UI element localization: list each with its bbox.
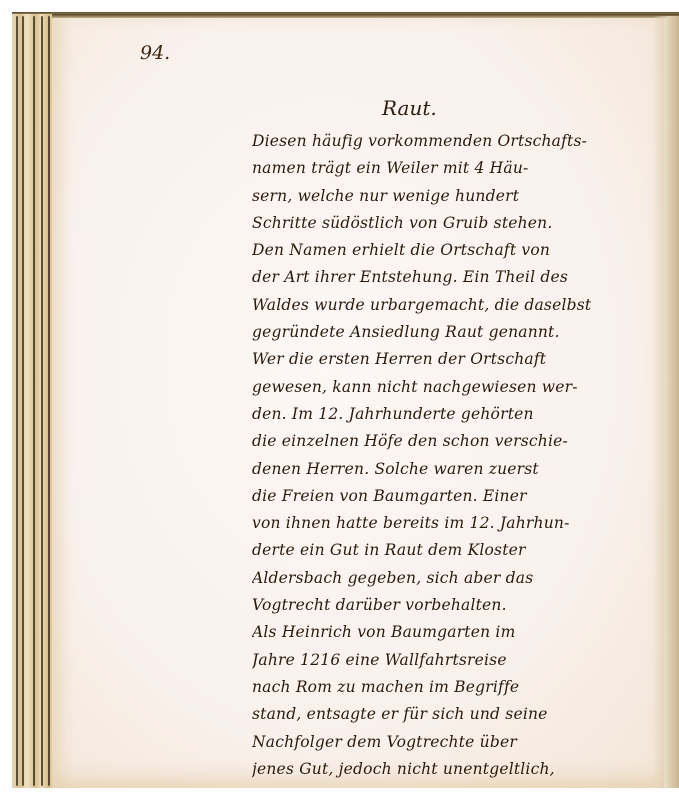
text-line: Aldersbach gegeben, sich aber das (252, 565, 660, 592)
text-line: Schritte südöstlich von Gruib stehen. (252, 210, 660, 237)
page-edge-line (22, 16, 24, 786)
text-line: Jahre 1216 eine Wallfahrtsreise (252, 647, 660, 674)
text-line: Als Heinrich von Baumgarten im (252, 619, 660, 646)
page-edge-line (41, 16, 43, 786)
text-line: Vogtrecht darüber vorbehalten. (252, 592, 660, 619)
page-number: 94. (140, 42, 170, 64)
text-line: Wer die ersten Herren der Ortschaft (252, 346, 660, 373)
handwritten-text-block: Diesen häufig vorkommenden Ortschafts- n… (252, 128, 660, 783)
text-line: Diesen häufig vorkommenden Ortschafts- (252, 128, 660, 155)
section-heading: Raut. (382, 96, 437, 120)
text-line: denen Herren. Solche waren zuerst (252, 456, 660, 483)
text-line: sern, welche nur wenige hundert (252, 183, 660, 210)
page-top-edge (52, 14, 679, 18)
text-line: Den Namen erhielt die Ortschaft von (252, 237, 660, 264)
text-line: den. Im 12. Jahrhunderte gehörten (252, 401, 660, 428)
text-line: derte ein Gut in Raut dem Kloster (252, 537, 660, 564)
text-line: die Freien von Baumgarten. Einer (252, 483, 660, 510)
text-line: namen trägt ein Weiler mit 4 Häu- (252, 155, 660, 182)
text-line: Waldes wurde urbargemacht, die daselbst (252, 292, 660, 319)
text-line: jenes Gut, jedoch nicht unentgeltlich, (252, 756, 660, 783)
text-line: Nachfolger dem Vogtrechte über (252, 729, 660, 756)
text-line: der Art ihrer Entstehung. Ein Theil des (252, 264, 660, 291)
text-line: gewesen, kann nicht nachgewiesen wer- (252, 374, 660, 401)
text-line: von ihnen hatte bereits im 12. Jahrhun- (252, 510, 660, 537)
text-line: nach Rom zu machen im Begriffe (252, 674, 660, 701)
page-edge-line (48, 16, 50, 786)
text-line: stand, entsagte er für sich und seine (252, 701, 660, 728)
page-edge-line (16, 16, 18, 786)
text-line: gegründete Ansiedlung Raut genannt. (252, 319, 660, 346)
page-edge-line (33, 16, 35, 786)
text-line: die einzelnen Höfe den schon verschie- (252, 428, 660, 455)
